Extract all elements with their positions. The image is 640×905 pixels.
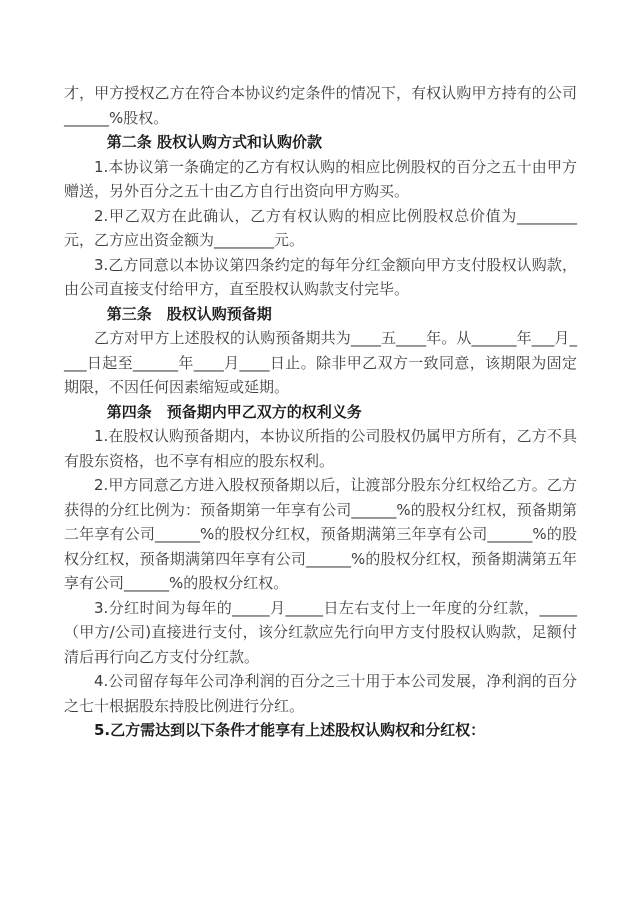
article-4-clause-3: 3.分红时间为每年的_____月_____日左右支付上一年度的分红款，_____… [64, 596, 577, 670]
article-2-clause-2: 2.甲乙双方在此确认，乙方有权认购的相应比例股权总价值为________元，乙方… [64, 204, 577, 253]
article-4-clause-4: 4.公司留存每年公司净利润的百分之三十用于本公司发展，净利润的百分之七十根据股东… [64, 669, 577, 718]
article-4-heading: 第四条 预备期内甲乙双方的权利义务 [64, 400, 577, 425]
article-4-clause-2: 2.甲方同意乙方进入股权预备期以后，让渡部分股东分红权给乙方。乙方获得的分红比例… [64, 473, 577, 596]
article-4-clause-1: 1.在股权认购预备期内，本协议所指的公司股权仍属甲方所有，乙方不具有股东资格，也… [64, 424, 577, 473]
article-2-heading: 第二条 股权认购方式和认购价款 [64, 130, 577, 155]
clause-1-continuation-text: 才，甲方授权乙方在符合本协议约定条件的情况下，有权认购甲方持有的公司______… [64, 81, 577, 130]
article-2-clause-1: 1.本协议第一条确定的乙方有权认购的相应比例股权的百分之五十由甲方赠送，另外百分… [64, 155, 577, 204]
article-3-heading: 第三条 股权认购预备期 [64, 302, 577, 327]
contract-document-page: 才，甲方授权乙方在符合本协议约定条件的情况下，有权认购甲方持有的公司______… [0, 0, 640, 905]
article-3-body: 乙方对甲方上述股权的认购预备期共为____五____年。从______年___月… [64, 326, 577, 400]
article-2-clause-3: 3.乙方同意以本协议第四条约定的每年分红金额向甲方支付股权认购款，由公司直接支付… [64, 253, 577, 302]
article-4-clause-5: 5.乙方需达到以下条件才能享有上述股权认购权和分红权： [64, 718, 577, 743]
